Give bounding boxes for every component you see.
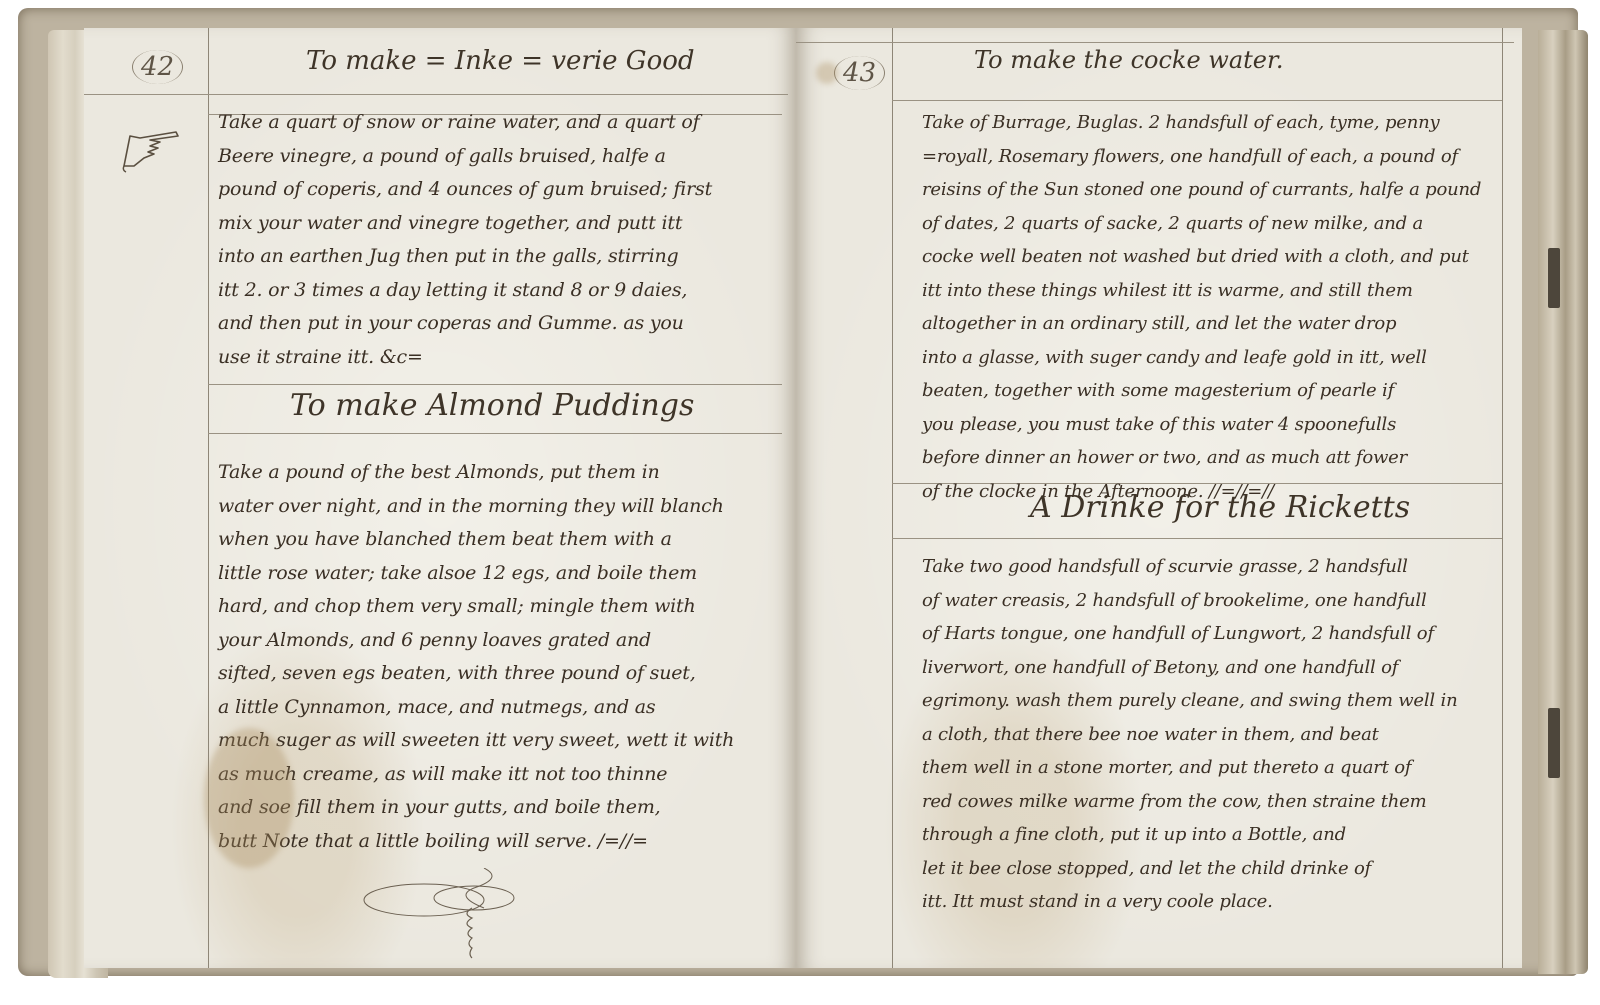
- outer-margin-rule: [1502, 28, 1503, 968]
- text-line: hard, and chop them very small; mingle t…: [218, 590, 734, 624]
- clasp-upper: [1548, 248, 1560, 308]
- text-line: Take of Burrage, Buglas. 2 handsfull of …: [922, 106, 1481, 140]
- text-line: Take two good handsfull of scurvie grass…: [922, 550, 1457, 584]
- clasp-lower: [1548, 708, 1560, 778]
- text-line: reisins of the Sun stoned one pound of c…: [922, 173, 1481, 207]
- text-line: as much creame, as will make itt not too…: [218, 758, 734, 792]
- text-line: red cowes milke warme from the cow, then…: [922, 785, 1457, 819]
- text-line: itt into these things whilest itt is war…: [922, 274, 1481, 308]
- text-line: before dinner an hower or two, and as mu…: [922, 441, 1481, 475]
- text-line: liverwort, one handfull of Betony, and o…: [922, 651, 1457, 685]
- text-line: altogether in an ordinary still, and let…: [922, 307, 1481, 341]
- text-line: of Harts tongue, one handfull of Lungwor…: [922, 617, 1457, 651]
- page-number: 42: [132, 50, 183, 84]
- text-line: mix your water and vinegre together, and…: [218, 207, 712, 241]
- page-number: 43: [834, 56, 885, 90]
- text-line: into an earthen Jug then put in the gall…: [218, 240, 712, 274]
- right-page: 43 To make the cocke water. Take of Burr…: [796, 28, 1522, 968]
- header-rule: [84, 94, 788, 95]
- flourish-ornament-icon: [354, 868, 554, 968]
- text-line: a little Cynnamon, mace, and nutmegs, an…: [218, 691, 734, 725]
- text-line: of water creasis, 2 handsfull of brookel…: [922, 584, 1457, 618]
- recipe-title-almond-puddings: To make Almond Puddings: [290, 388, 694, 423]
- text-line: a cloth, that there bee noe water in the…: [922, 718, 1457, 752]
- left-page: 42 To make = Inke = verie Good Take a qu…: [84, 28, 796, 968]
- title-rule-bottom: [892, 100, 1502, 101]
- recipe-title-ricketts: A Drinke for the Ricketts: [1030, 490, 1410, 525]
- text-line: butt Note that a little boiling will ser…: [218, 825, 734, 859]
- text-line: through a fine cloth, put it up into a B…: [922, 818, 1457, 852]
- recipe-body-almond-puddings: Take a pound of the best Almonds, put th…: [218, 456, 734, 858]
- text-line: pound of coperis, and 4 ounces of gum br…: [218, 173, 712, 207]
- text-line: Take a pound of the best Almonds, put th…: [218, 456, 734, 490]
- text-line: =royall, Rosemary flowers, one handfull …: [922, 140, 1481, 174]
- text-line: itt 2. or 3 times a day letting it stand…: [218, 274, 712, 308]
- text-line: of dates, 2 quarts of sacke, 2 quarts of…: [922, 207, 1481, 241]
- text-line: Take a quart of snow or raine water, and…: [218, 106, 712, 140]
- text-line: little rose water; take alsoe 12 egs, an…: [218, 557, 734, 591]
- recipe-body-ricketts: Take two good handsfull of scurvie grass…: [922, 550, 1457, 919]
- text-line: water over night, and in the morning the…: [218, 490, 734, 524]
- text-line: cocke well beaten not washed but dried w…: [922, 240, 1481, 274]
- text-line: sifted, seven egs beaten, with three pou…: [218, 657, 734, 691]
- spot-stain: [816, 62, 838, 84]
- title-rule-bottom: [208, 433, 782, 434]
- text-line: itt. Itt must stand in a very coole plac…: [922, 885, 1457, 919]
- text-line: and soe fill them in your gutts, and boi…: [218, 791, 734, 825]
- text-line: into a glasse, with suger candy and leaf…: [922, 341, 1481, 375]
- text-line: you please, you must take of this water …: [922, 408, 1481, 442]
- text-line: and then put in your coperas and Gumme. …: [218, 307, 712, 341]
- recipe-body-ink: Take a quart of snow or raine water, and…: [218, 106, 712, 374]
- text-line: beaten, together with some magesterium o…: [922, 374, 1481, 408]
- margin-rule: [892, 28, 893, 968]
- recipe-title-ink: To make = Inke = verie Good: [306, 46, 695, 76]
- water-stain: [204, 728, 294, 868]
- pointing-hand-icon: [120, 126, 184, 174]
- text-line: Beere vinegre, a pound of galls bruised,…: [218, 140, 712, 174]
- text-line: let it bee close stopped, and let the ch…: [922, 852, 1457, 886]
- text-line: them well in a stone morter, and put the…: [922, 751, 1457, 785]
- text-line: your Almonds, and 6 penny loaves grated …: [218, 624, 734, 658]
- recipe-title-cocke-water: To make the cocke water.: [974, 46, 1283, 74]
- text-line: when you have blanched them beat them wi…: [218, 523, 734, 557]
- title-rule-bottom-2: [892, 538, 1502, 539]
- text-line: egrimony. wash them purely cleane, and s…: [922, 684, 1457, 718]
- recipe-body-cocke-water: Take of Burrage, Buglas. 2 handsfull of …: [922, 106, 1481, 508]
- text-line: use it straine itt. &c=: [218, 341, 712, 375]
- text-line: much suger as will sweeten itt very swee…: [218, 724, 734, 758]
- section-rule: [208, 384, 782, 385]
- right-page-edges: [1538, 30, 1588, 974]
- top-rule: [796, 42, 1514, 43]
